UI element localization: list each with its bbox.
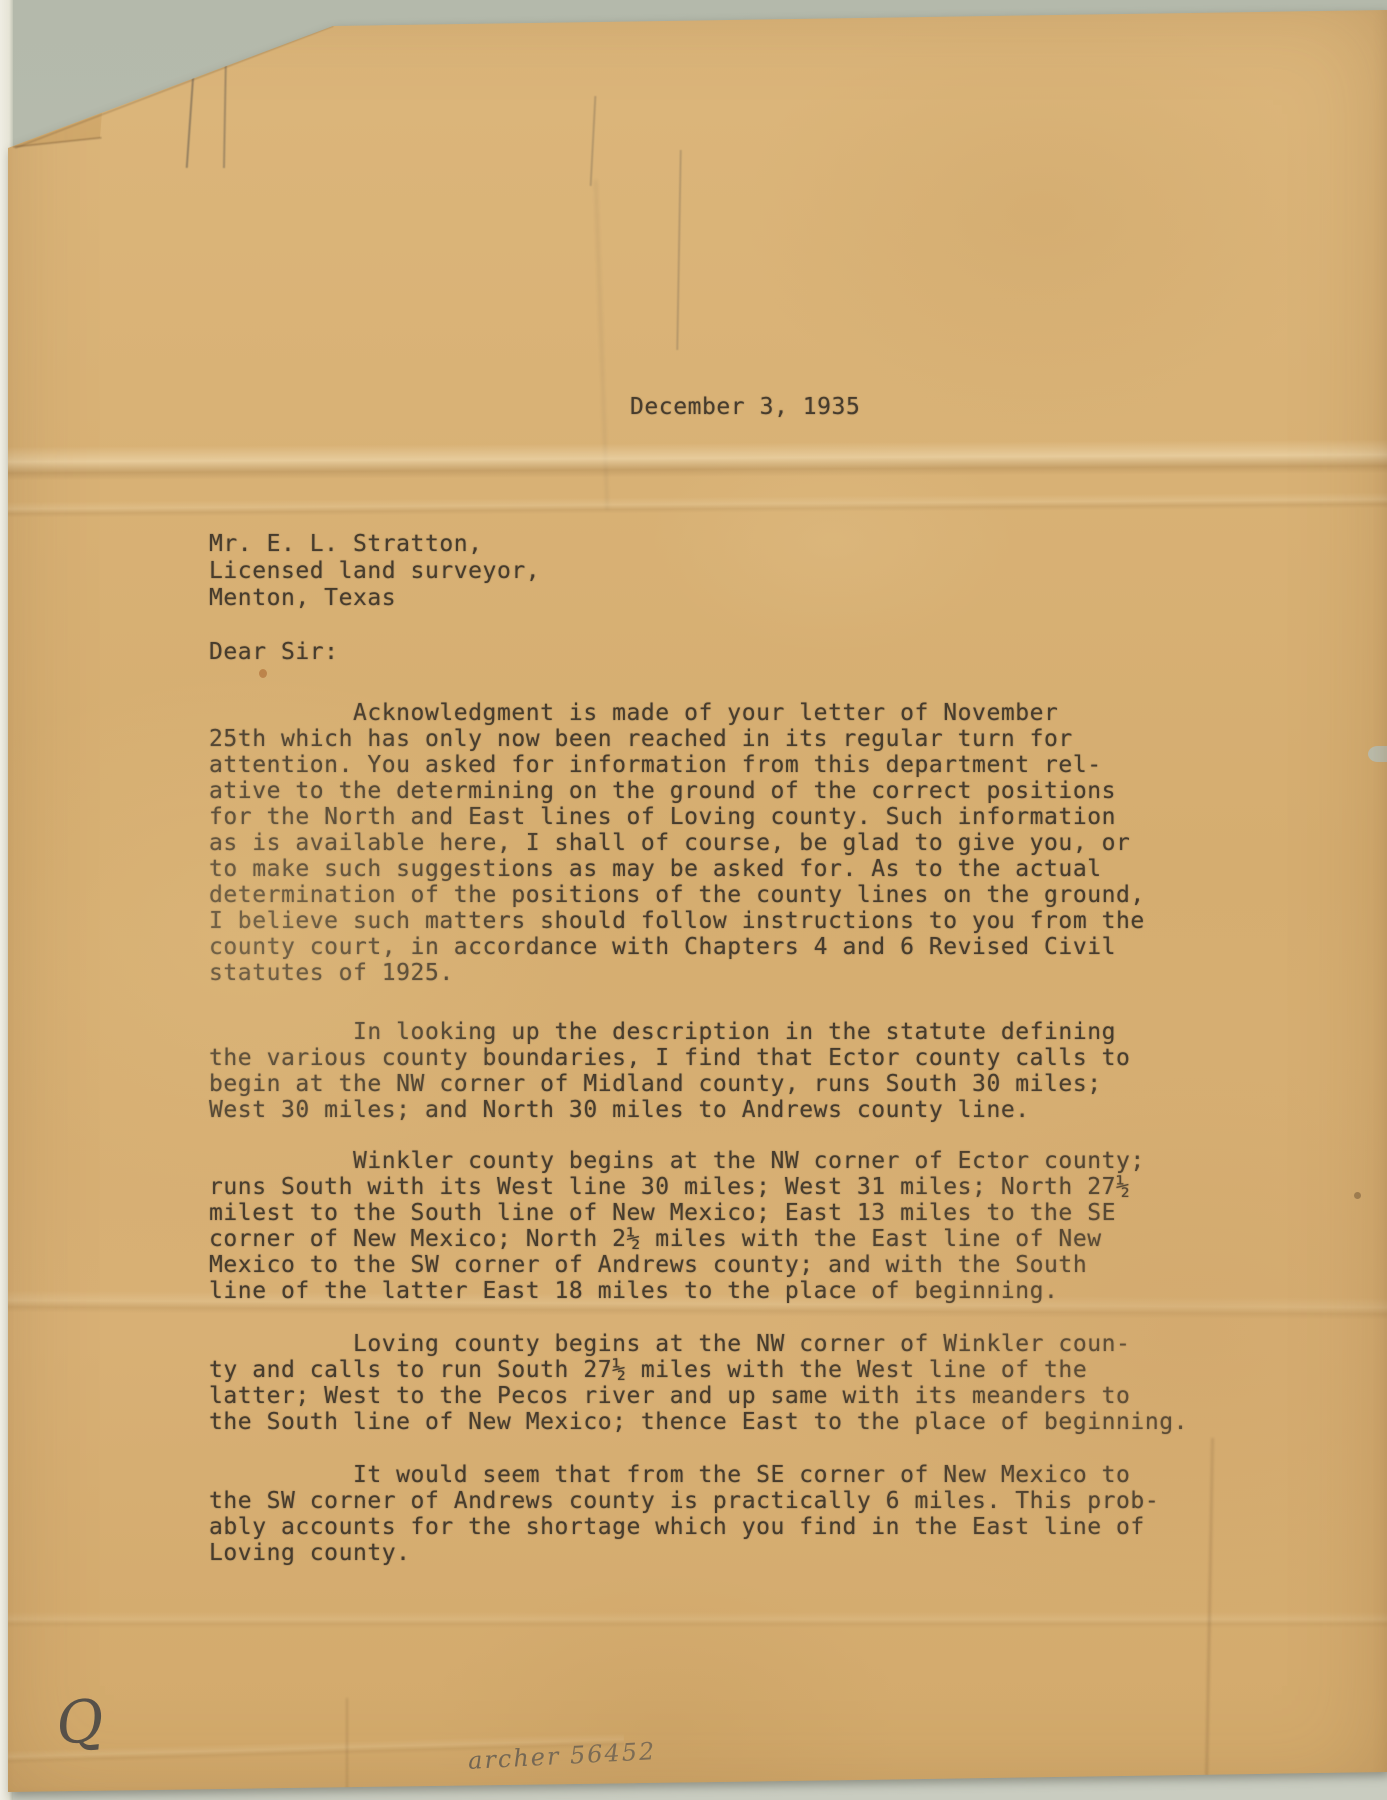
pencil-mark (676, 150, 681, 350)
fold-crease (0, 492, 1387, 518)
paragraph-ector-county: In looking up the description in the sta… (209, 1019, 1130, 1123)
letter-paper-wrapper: December 3, 1935 Mr. E. L. Stratton, Lic… (0, 0, 1387, 1800)
edge-speck (1354, 1192, 1361, 1199)
letter-paper: December 3, 1935 Mr. E. L. Stratton, Lic… (0, 0, 1387, 1800)
fold-crease (0, 1612, 1387, 1628)
pencil-smudge (594, 180, 609, 510)
scanned-letter-page: { "letter": { "date": "December 3, 1935"… (0, 0, 1387, 1800)
paragraph-loving-county: Loving county begins at the NW corner of… (209, 1331, 1188, 1435)
vertical-crease (1205, 1438, 1214, 1786)
paragraph-shortage: It would seem that from the SE corner of… (209, 1462, 1159, 1566)
date-line: December 3, 1935 (630, 394, 860, 420)
corner-cut-edge (15, 25, 334, 149)
fold-crease (0, 439, 1387, 480)
pencil-mark (590, 96, 597, 186)
pencil-mark (186, 46, 197, 168)
handwritten-initial: Q (53, 1686, 107, 1759)
rust-dot (259, 669, 267, 678)
handwritten-archive-number: archer 56452 (467, 1737, 657, 1775)
vertical-crease (346, 1698, 348, 1790)
recipient-address: Mr. E. L. Stratton, Licensed land survey… (209, 531, 540, 612)
salutation: Dear Sir: (209, 639, 339, 665)
paragraph-acknowledgment: Acknowledgment is made of your letter of… (209, 700, 1145, 986)
edge-nick (1368, 746, 1387, 762)
paragraph-winkler-county: Winkler county begins at the NW corner o… (209, 1148, 1145, 1304)
